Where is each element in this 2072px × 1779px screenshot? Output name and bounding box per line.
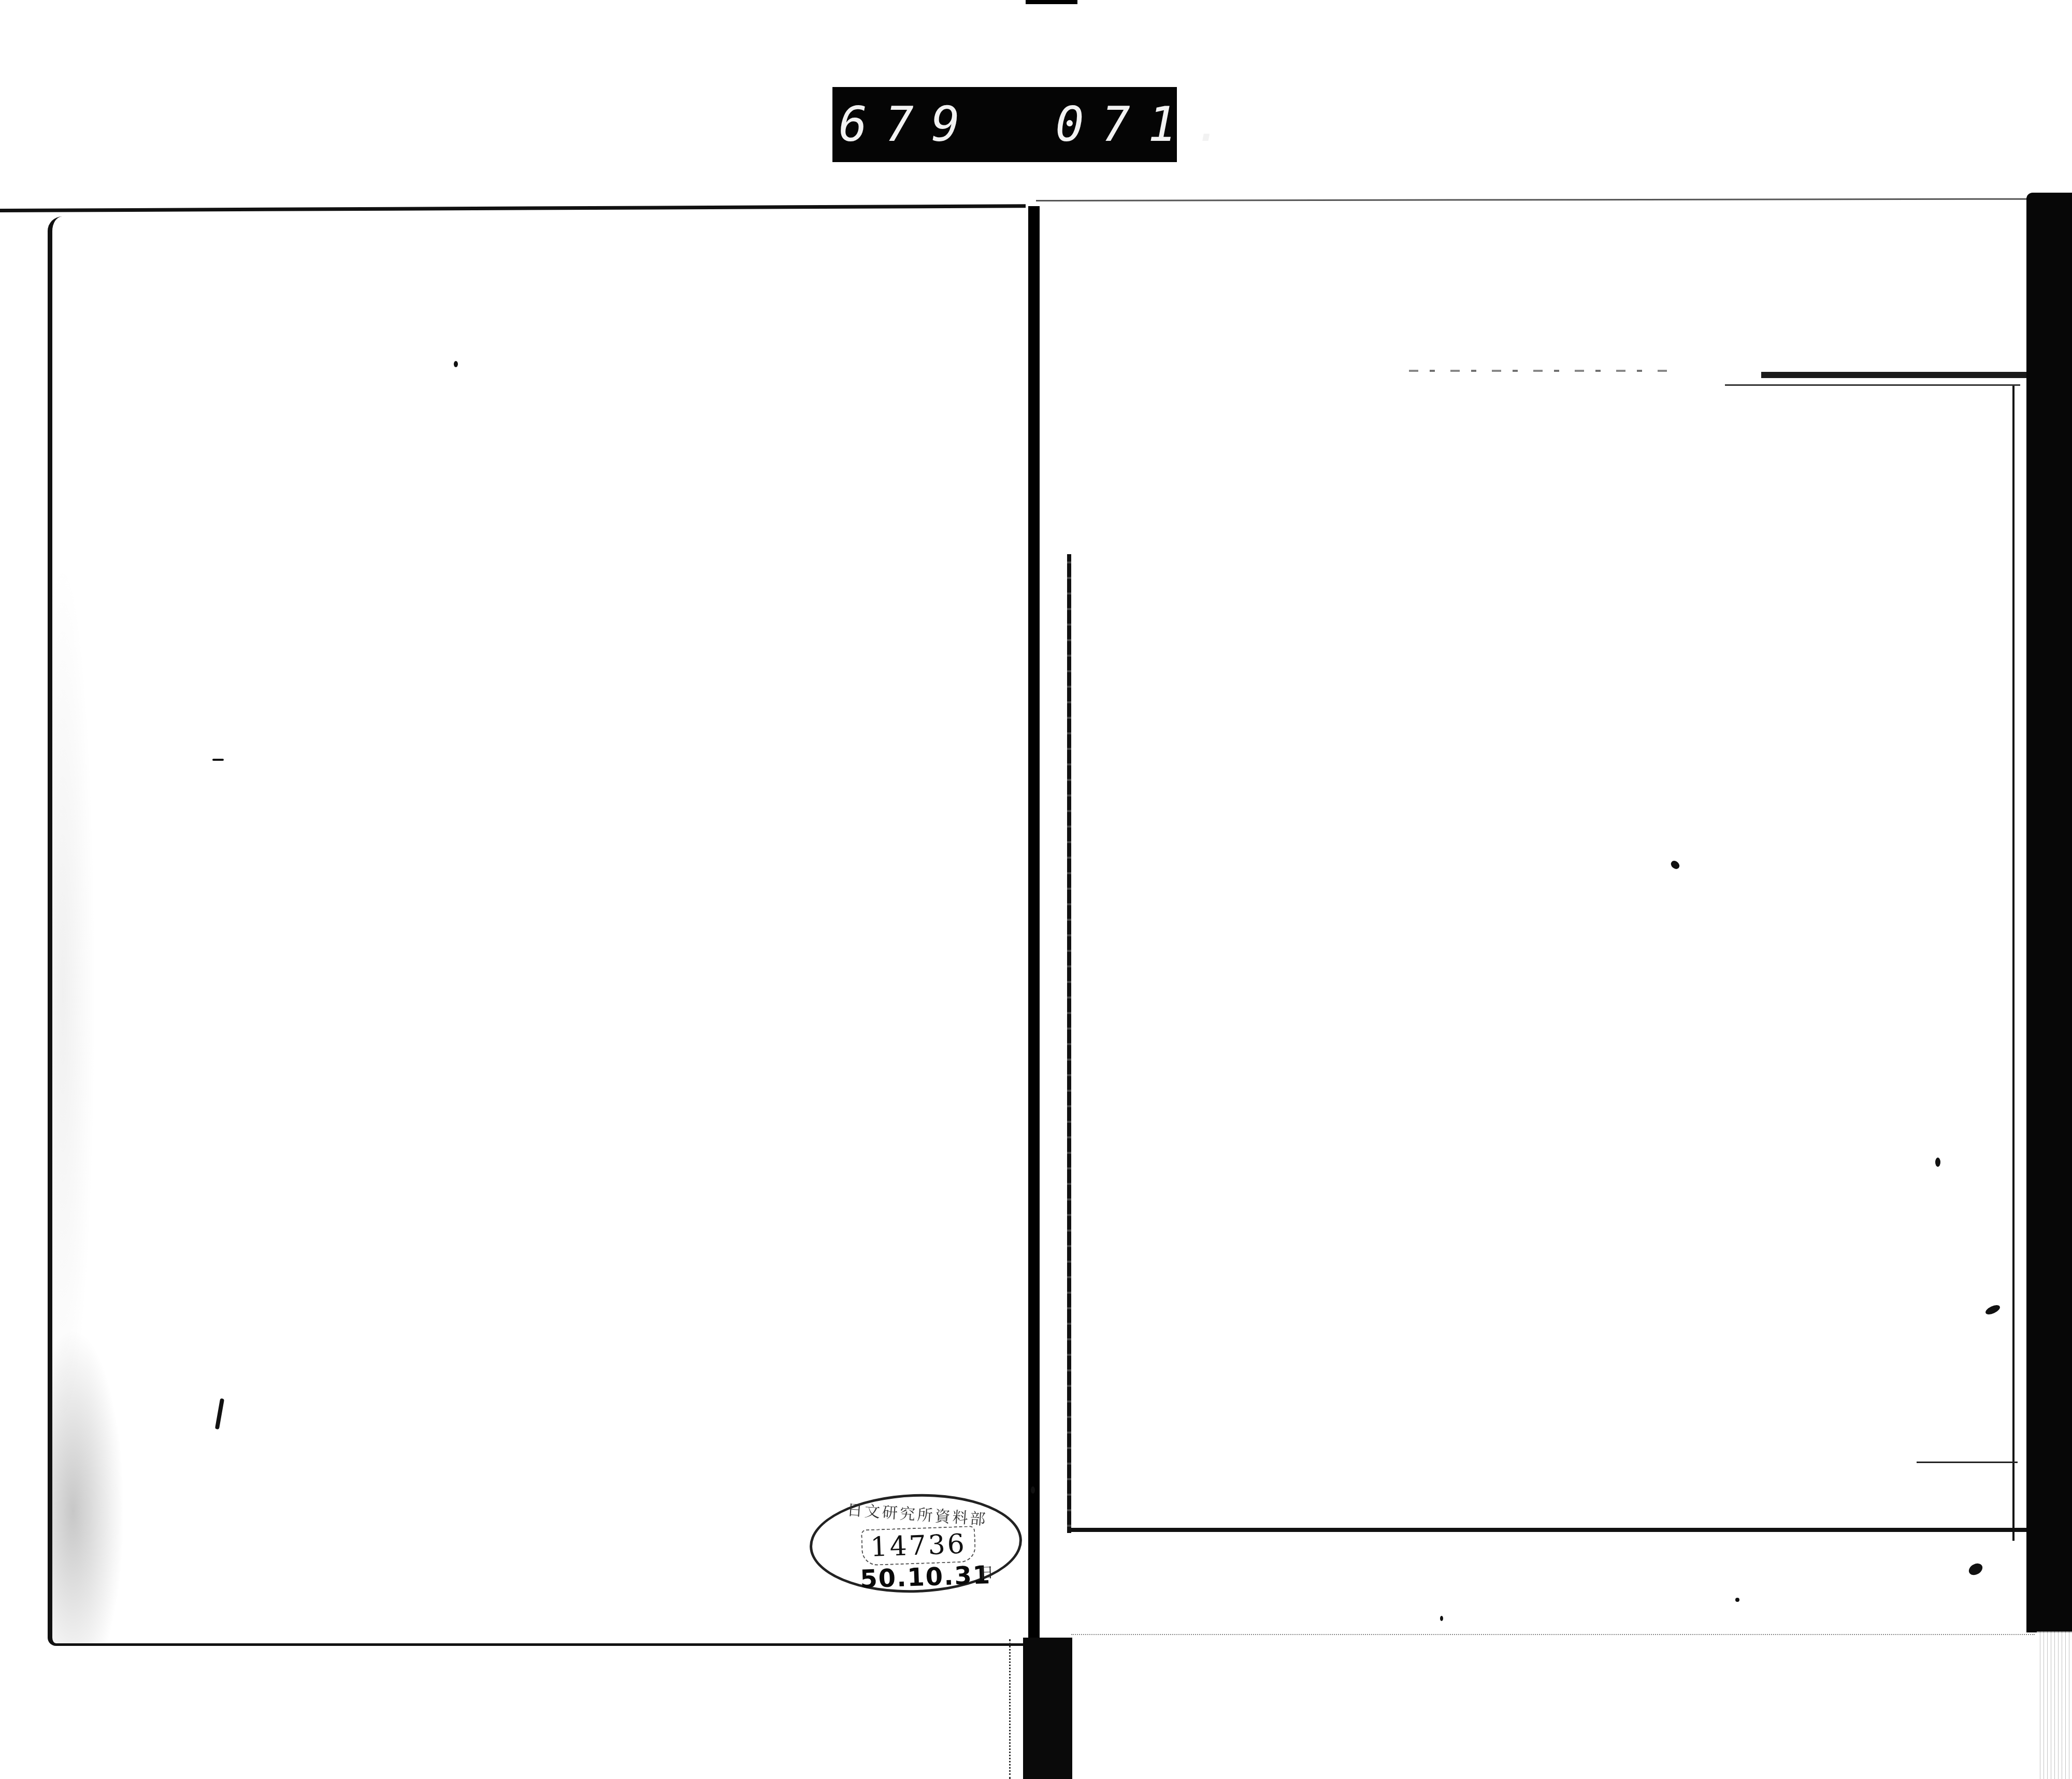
stamp-date-suffix: 日 — [979, 1561, 994, 1583]
stamp-accession-number: 14736 — [870, 1529, 967, 1563]
speck — [212, 759, 224, 761]
speck — [1735, 1598, 1739, 1602]
right-page-frame-top-thin — [1725, 384, 2020, 386]
speck — [1967, 1561, 1984, 1577]
book-fore-edge — [2026, 193, 2072, 1632]
right-page-frame-top — [1761, 372, 2031, 378]
speck — [1440, 1616, 1443, 1621]
reel-number: 679 — [839, 97, 977, 152]
speck — [454, 361, 458, 367]
right-page-top-edge — [1036, 198, 2031, 201]
right-page-left-rule — [1067, 554, 1071, 1533]
speck — [1935, 1158, 1940, 1167]
frame-number: 071. — [1055, 97, 1241, 152]
right-page-faint-header — [1409, 370, 1678, 372]
right-page-frame-inner-rule — [2012, 386, 2015, 1541]
frame-counter-label: 679 071. — [832, 87, 1177, 162]
stamp-organization: 日文研究所資料部 — [831, 1496, 1003, 1530]
right-page-frame-bottom — [1071, 1528, 2035, 1532]
left-page-top-edge — [0, 204, 1026, 212]
right-page-bottom-edge — [1071, 1634, 2035, 1636]
speck — [1031, 1486, 1035, 1494]
book-gutter-spine — [1028, 206, 1040, 1646]
spine-foot-edge — [1009, 1639, 1021, 1779]
stamp-date: 50.10.31 — [859, 1560, 991, 1594]
spine-foot — [1023, 1638, 1072, 1779]
scan-edge-mark — [1026, 0, 1077, 4]
right-page — [1072, 394, 2010, 1523]
left-page — [48, 216, 1032, 1646]
fore-edge-lower — [2037, 1631, 2072, 1779]
stamp-number-box: 14736 — [861, 1526, 976, 1566]
